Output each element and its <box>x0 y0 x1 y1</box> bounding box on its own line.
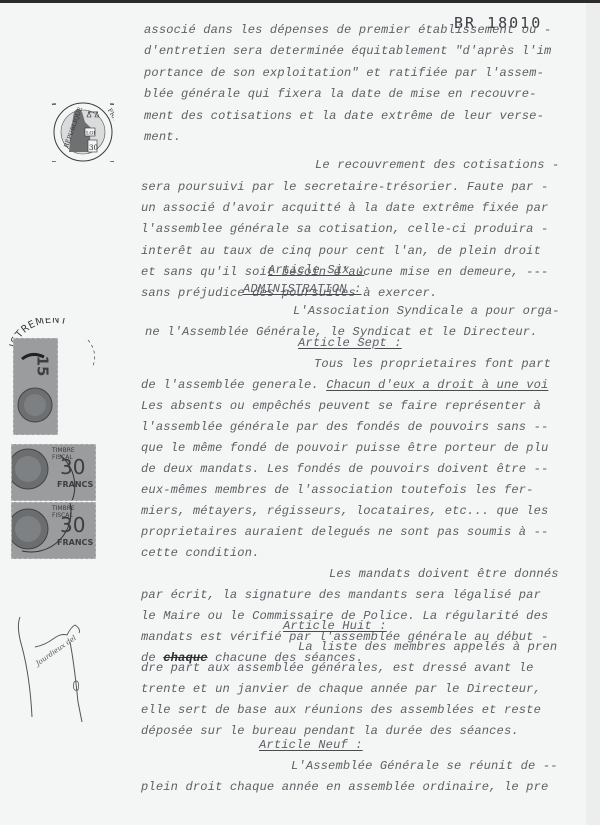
text-line: plein droit chaque année en assemblée or… <box>141 780 548 794</box>
text-line: ment des cotisations et la date extrême … <box>144 109 544 123</box>
svg-text:30: 30 <box>89 144 98 152</box>
text-line: dre part aux assemblée générales, est dr… <box>141 661 534 675</box>
fiscal-stamp-30-top: TIMBRE FISCAL 30 FRANCS <box>11 444 96 501</box>
text-line: l'assemblee générale sa cotisation, cell… <box>141 222 548 236</box>
article-heading-neuf: Article Neuf : <box>259 738 363 752</box>
text-line: Le recouvrement des cotisations - <box>315 158 559 172</box>
underlined-voting-right: Chacun d'eux a droit à une voi <box>326 378 548 392</box>
text-line: Les absents ou empêchés peuvent se faire… <box>141 399 541 413</box>
article-heading-six: Article Six : <box>268 263 364 277</box>
text-line: L'Assemblée Générale se réunit de -- <box>291 759 558 773</box>
text-line: cette condition. <box>141 546 260 560</box>
article-heading-huit: Article Huit : <box>283 619 387 633</box>
svg-text:Jourdieux del: Jourdieux del <box>33 634 78 669</box>
fiscal-stamp-30-bottom: TIMBRE FISCAL 30 FRANCS <box>11 502 96 559</box>
page-right-edge <box>586 3 600 825</box>
section-heading-administration: ADMINISTRATION : <box>243 282 362 296</box>
text-line: Tous les proprietaires font part <box>314 357 551 371</box>
article-heading-sept: Article Sept : <box>298 336 402 350</box>
text-line: déposée sur le bureau pendant la durée d… <box>141 724 519 738</box>
text-line: l'assemblée générale par des fondés de p… <box>141 420 548 434</box>
text-line: blée générale qui fixera la date de mise… <box>144 87 537 101</box>
text-line: ment. <box>144 130 181 144</box>
handwritten-signature: Jourdieux del <box>10 612 100 722</box>
svg-text:LOI: LOI <box>86 131 95 137</box>
text-line: proprietaires auraient delegués ne sont … <box>141 525 548 539</box>
text-line: sera poursuivi par le secretaire-trésori… <box>141 180 548 194</box>
text-line: portance de son exploitation" et ratifié… <box>144 66 544 80</box>
text-line: de deux mandats. Les fondés de pouvoirs … <box>141 462 548 476</box>
text-line: eux-mêmes membres de l'association toute… <box>141 483 534 497</box>
text-line: que le même fondé de pouvoir puisse être… <box>141 441 548 455</box>
text-line: de l'assemblée generale. Chacun d'eux a … <box>141 378 548 392</box>
text-line: par écrit, la signature des mandants ser… <box>141 588 541 602</box>
text-line: interêt au taux de cinq pour cent l'an, … <box>141 244 541 258</box>
text-line: L'Association Syndicale a pour orga- <box>293 304 560 318</box>
fiscal-stamp-15: 15 <box>13 338 58 435</box>
text-line: miers, métayers, régisseurs, locataires,… <box>141 504 548 518</box>
text-line: d'entretien sera determinée équitablemen… <box>144 44 551 58</box>
text-line: associé dans les dépenses de premier éta… <box>144 23 551 37</box>
text-line: Les mandats doivent être donnés <box>329 567 559 581</box>
text-line: La liste des membres appelés à pren <box>298 640 557 654</box>
svg-text:FRANÇAISE: FRANÇAISE <box>106 107 114 143</box>
page-top-edge <box>0 0 600 3</box>
republique-francaise-seal: LOI 30 RÉPUBLIQUE FRANÇAISE <box>52 70 114 162</box>
text-line: un associé d'avoir acquitté à la date ex… <box>141 201 548 215</box>
text-line: elle sert de base aux réunions des assem… <box>141 703 541 717</box>
text-line: trente et un janvier de chaque année par… <box>141 682 541 696</box>
